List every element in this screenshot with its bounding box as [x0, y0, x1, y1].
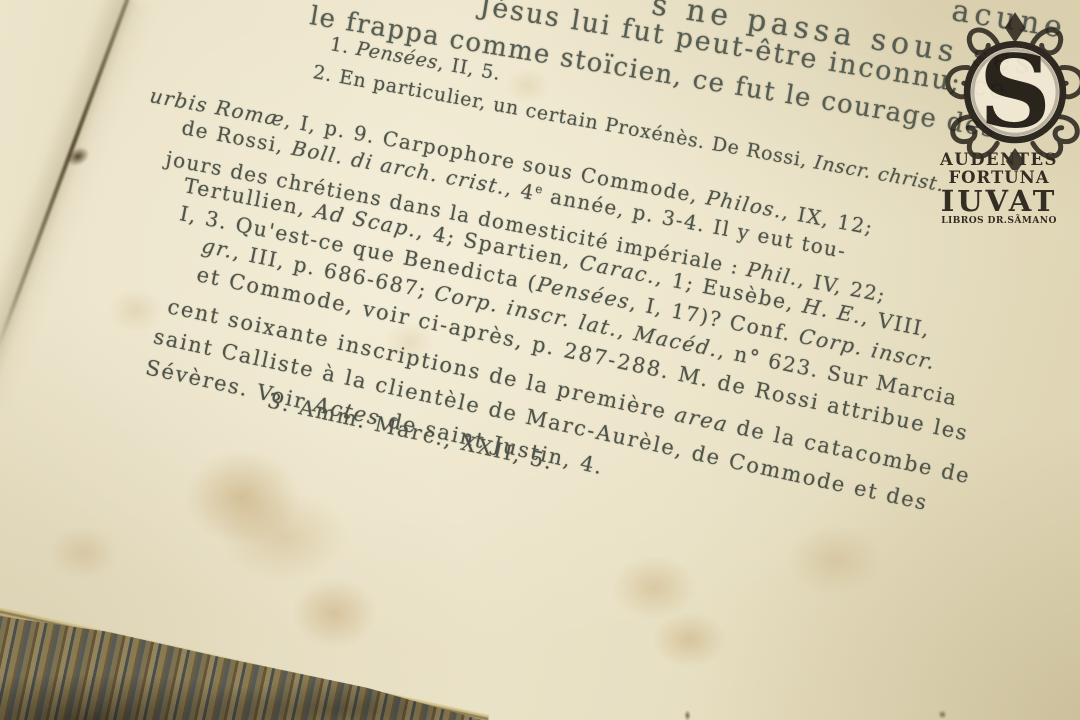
- bookseller-stamp: S AUDENTES FORTUNA IUVAT LIBROS DR.SÃMAN…: [928, 0, 1080, 238]
- stamp-motto-line3: IUVAT: [928, 184, 1070, 218]
- stamp-owner-line: LIBROS DR.SÃMANO: [931, 215, 1067, 226]
- stamp-ornament-icon: S: [936, 12, 1080, 170]
- stamp-monogram: S: [979, 33, 1051, 151]
- marbled-cover-edge: [0, 612, 482, 720]
- stamp-motto-line1: AUDENTES: [928, 150, 1070, 169]
- book-photo: { "page": { "text_lines": [ {"type":"bod…: [0, 0, 1080, 720]
